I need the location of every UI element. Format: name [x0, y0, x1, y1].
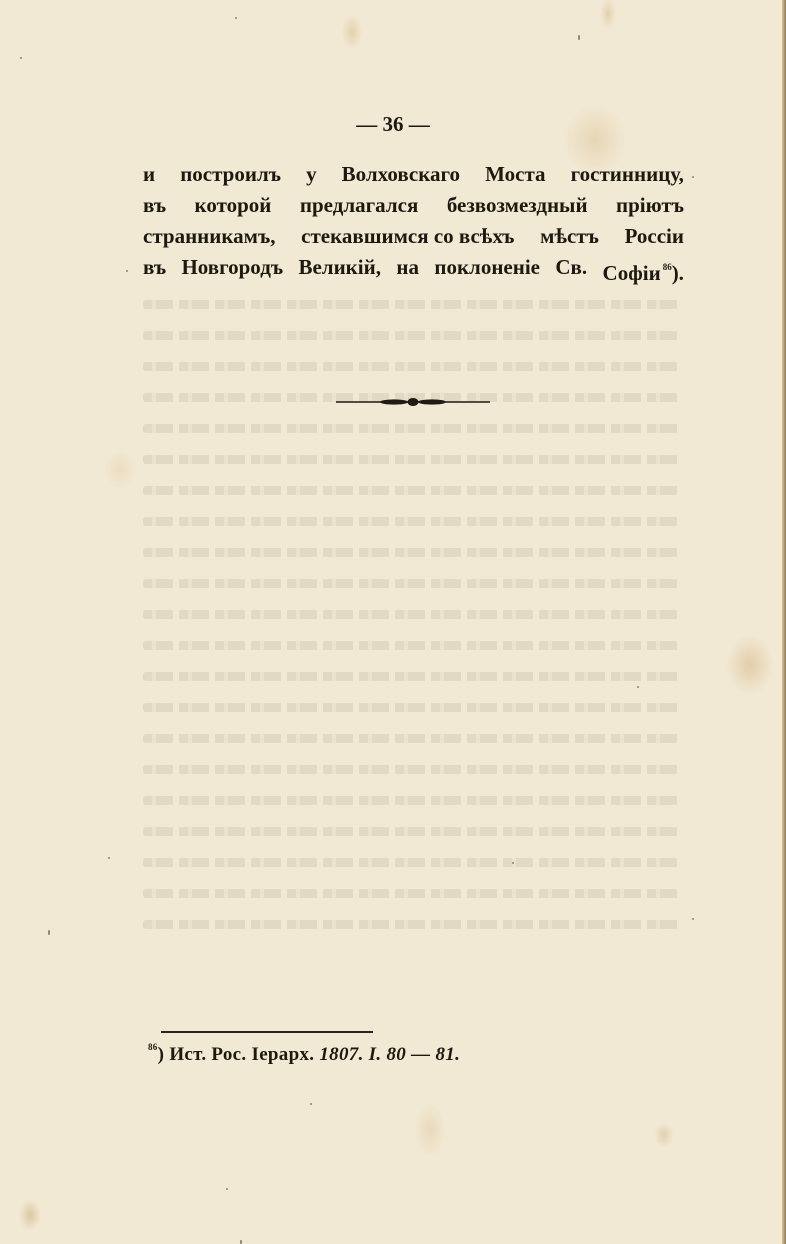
paper-speck: [20, 57, 22, 59]
ornament-divider-icon: [336, 395, 490, 409]
word: и: [143, 159, 155, 190]
page-edge: [782, 0, 786, 1244]
paper-speck: [235, 17, 237, 19]
footnote-source: Ист. Рос. Iерарх.: [169, 1044, 314, 1065]
footnote-marker[interactable]: 86: [663, 262, 672, 272]
word: построилъ: [180, 159, 281, 190]
body-paragraph: и построилъ у Волховскаго Моста гостинни…: [143, 159, 684, 289]
paper-speck: [310, 1103, 312, 1105]
text-line: и построилъ у Волховскаго Моста гостинни…: [143, 159, 684, 190]
word: предлагался: [300, 190, 418, 221]
word: которой: [195, 190, 272, 221]
footnote-citation: 1807. I. 80 — 81.: [319, 1044, 460, 1065]
text-line: въ которой предлагался безвозмездный прi…: [143, 190, 684, 221]
paper-speck: [512, 862, 514, 864]
word: Софiи: [603, 258, 661, 289]
footnote-paren: ): [158, 1044, 165, 1065]
paper-speck: [48, 930, 50, 935]
word: на: [396, 252, 419, 289]
book-page: — 36 — и построилъ у Волховскаго Моста г…: [0, 0, 782, 1244]
page-number: — 36 —: [0, 112, 786, 137]
text-line: въ Новгородъ Великiй, на поклоненiе Св. …: [143, 252, 684, 289]
word: Россiи: [625, 221, 684, 252]
last-word-with-note: Софiи86).: [603, 252, 684, 289]
word: безвозмездный: [447, 190, 588, 221]
word: Новгородъ: [181, 252, 283, 289]
word: Волховскаго: [342, 159, 460, 190]
word: Великiй,: [298, 252, 381, 289]
paper-speck: [240, 1240, 242, 1244]
word: странникамъ,: [143, 221, 275, 252]
word: въ: [143, 190, 166, 221]
word: Моста: [485, 159, 545, 190]
paper-speck: [226, 1188, 228, 1190]
text-line: странникамъ, стекавшимся со всѣхъ мѣстъ …: [143, 221, 684, 252]
footnote-number: 86: [148, 1042, 158, 1052]
paper-speck: [578, 35, 580, 40]
paper-speck: [108, 857, 110, 859]
word: стекавшимся со всѣхъ: [301, 221, 514, 252]
word: прiютъ: [616, 190, 684, 221]
word: въ: [143, 252, 166, 289]
paper-speck: [692, 176, 694, 178]
word: гостинницу,: [571, 159, 684, 190]
paper-speck: [126, 270, 128, 272]
word: мѣстъ: [540, 221, 599, 252]
footnote-rule: [161, 1031, 373, 1033]
word: поклоненiе: [434, 252, 540, 289]
word: Св.: [555, 252, 587, 289]
closing-punctuation: ).: [672, 258, 684, 289]
paper-speck: [692, 918, 694, 920]
word: у: [306, 159, 317, 190]
paper-speck: [637, 686, 639, 688]
footnote: 86) Ист. Рос. Iерарх. 1807. I. 80 — 81.: [146, 1042, 460, 1066]
